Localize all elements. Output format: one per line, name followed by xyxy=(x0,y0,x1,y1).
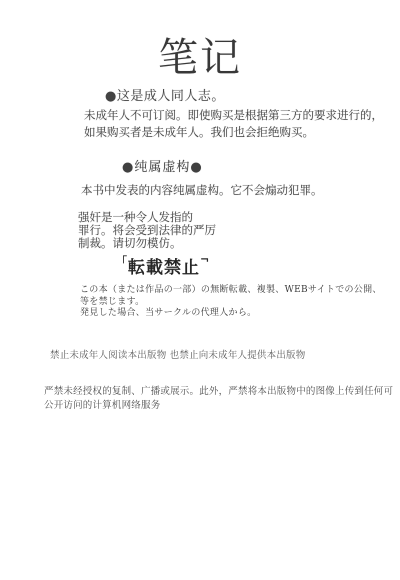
document-page: 笔记 ●这是成人同人志。 未成年人不可订阅。即使购买是根据第三方的要求进行的， … xyxy=(0,0,400,580)
fiction-body-line: 本书中发表的内容纯属虚构。它不会煽动犯罪。 xyxy=(81,182,323,198)
warning-line: 制裁。请切勿模仿。 xyxy=(78,237,216,250)
crime-warning-paragraph: 强奸是一种令人发指的 罪行。将会受到法律的严厉 制裁。请切勿模仿。 xyxy=(78,211,216,250)
minors-prohibition-footer-line: 禁止未成年人阅读本出版物 也禁止向未成年人提供本出版物 xyxy=(50,347,305,361)
no-reprint-paragraph: この本（または作品の一部）の無断転載、複製、WEBサイトでの公開、 等を禁じます… xyxy=(80,285,382,320)
notice-line: 未成年人不可订阅。即使购买是根据第三方的要求进行的， xyxy=(84,107,383,124)
fiction-heading: ●纯属虚构● xyxy=(122,156,203,175)
reprint-line: この本（または作品の一部）の無断転載、複製、WEBサイトでの公開、 xyxy=(80,285,382,297)
no-reprint-heading: 「転載禁止¬ xyxy=(116,253,210,278)
heading-left-mark: 「 xyxy=(116,255,128,268)
notice-line: 如果购买者是未成年人。我们也会拒绝购买。 xyxy=(84,124,383,141)
copyright-line: 公开访问的计算机网络服务 xyxy=(44,399,393,413)
reprint-line: 等を禁じます。 xyxy=(80,297,382,309)
reprint-line: 発見した場合、当サークルの代理人から。 xyxy=(80,308,382,320)
copyright-footer-paragraph: 严禁未经授权的复制、广播或展示。此外，严禁将本出版物中的图像上传到任何可 公开访… xyxy=(44,385,393,412)
page-title: 笔记 xyxy=(0,26,400,83)
copyright-line: 严禁未经授权的复制、广播或展示。此外，严禁将本出版物中的图像上传到任何可 xyxy=(44,385,393,399)
heading-right-mark: ¬ xyxy=(200,253,210,266)
minor-purchase-notice-paragraph: 未成年人不可订阅。即使购买是根据第三方的要求进行的， 如果购买者是未成年人。我们… xyxy=(84,107,383,141)
adult-doujin-notice-line: ●这是成人同人志。 xyxy=(105,85,225,104)
heading-text: 転載禁止 xyxy=(128,258,200,278)
